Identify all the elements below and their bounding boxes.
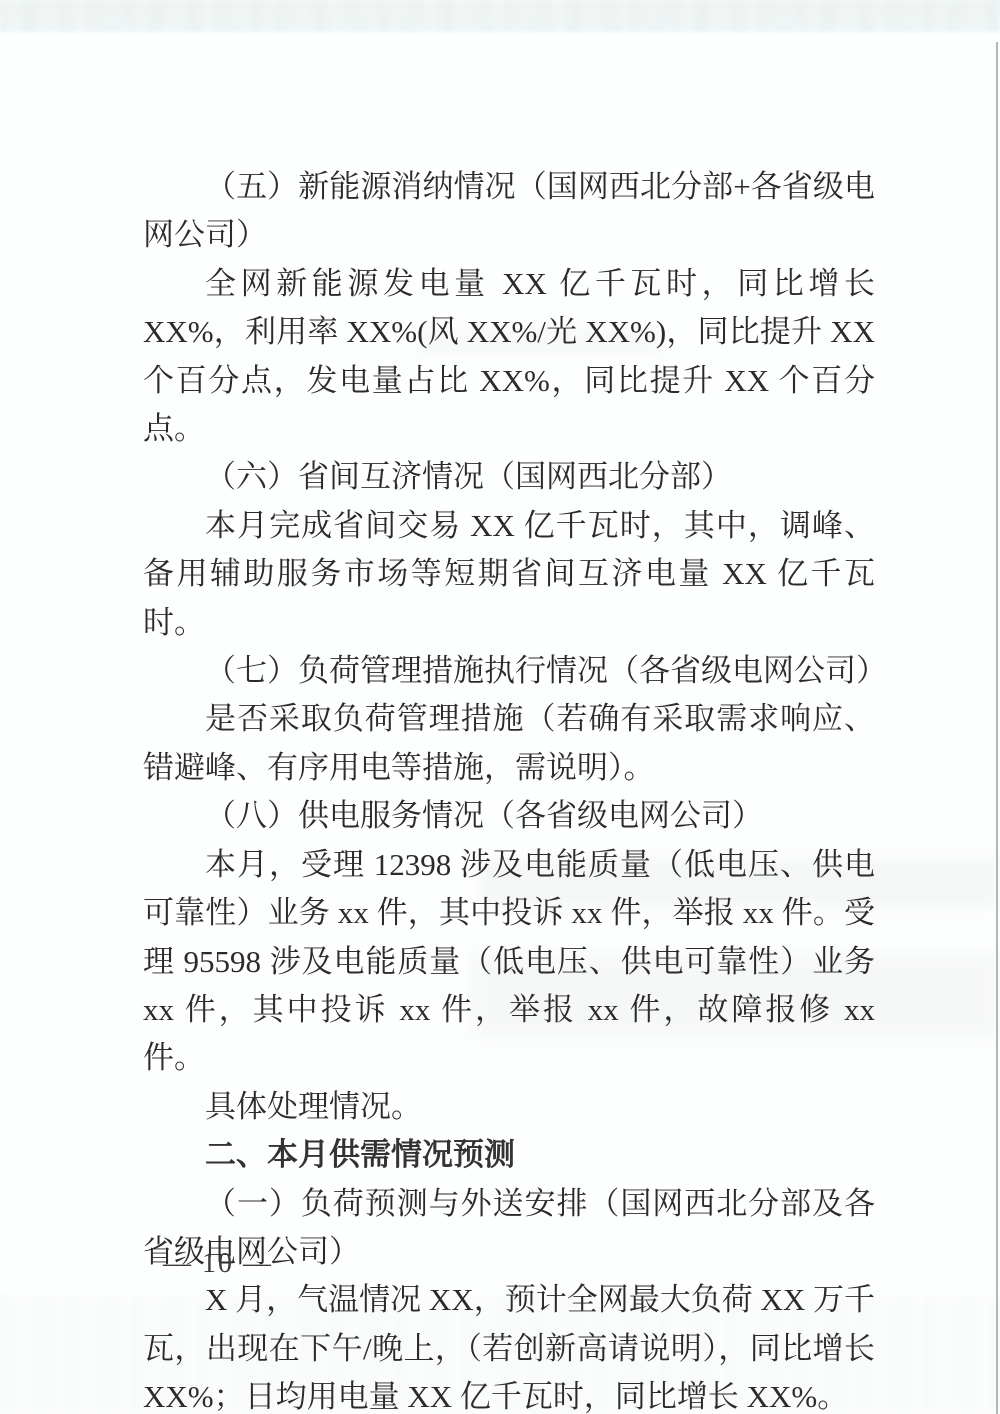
body-paragraph: 本月完成省间交易 XX 亿千瓦时，其中，调峰、备用辅助服务市场等短期省间互济电量… — [143, 502, 875, 647]
scan-artifact-band-2 — [0, 0, 1000, 16]
body-paragraph: 具体处理情况。 — [143, 1083, 875, 1131]
document-body: （五）新能源消纳情况（国网西北分部+各省级电网公司）全网新能源发电量 XX 亿千… — [143, 163, 875, 1414]
subsection-heading: （六）省间互济情况（国网西北分部） — [143, 453, 875, 501]
section-heading: 二、本月供需情况预测 — [143, 1131, 875, 1179]
body-paragraph: 全网新能源发电量 XX 亿千瓦时，同比增长 XX%，利用率 XX%(风 XX%/… — [143, 260, 875, 454]
body-paragraph: 本月，受理 12398 涉及电能质量（低电压、供电可靠性）业务 xx 件，其中投… — [143, 841, 875, 1083]
scanned-document-page: （五）新能源消纳情况（国网西北分部+各省级电网公司）全网新能源发电量 XX 亿千… — [0, 0, 1000, 1414]
body-paragraph: 是否采取负荷管理措施（若确有采取需求响应、错避峰、有序用电等措施，需说明）。 — [143, 695, 875, 792]
subsection-heading: （七）负荷管理措施执行情况（各省级电网公司） — [143, 647, 875, 695]
scan-artifact-band-3 — [0, 0, 1000, 28]
subsection-heading: （八）供电服务情况（各省级电网公司） — [143, 792, 875, 840]
page-number: — 10 — — [163, 1248, 273, 1280]
scan-artifact-top-band — [0, 0, 1000, 32]
scan-edge-line — [996, 42, 998, 1414]
subsection-heading: （五）新能源消纳情况（国网西北分部+各省级电网公司） — [143, 163, 875, 260]
body-paragraph: X 月，气温情况 XX，预计全网最大负荷 XX 万千瓦，出现在下午/晚上，（若创… — [143, 1276, 875, 1414]
